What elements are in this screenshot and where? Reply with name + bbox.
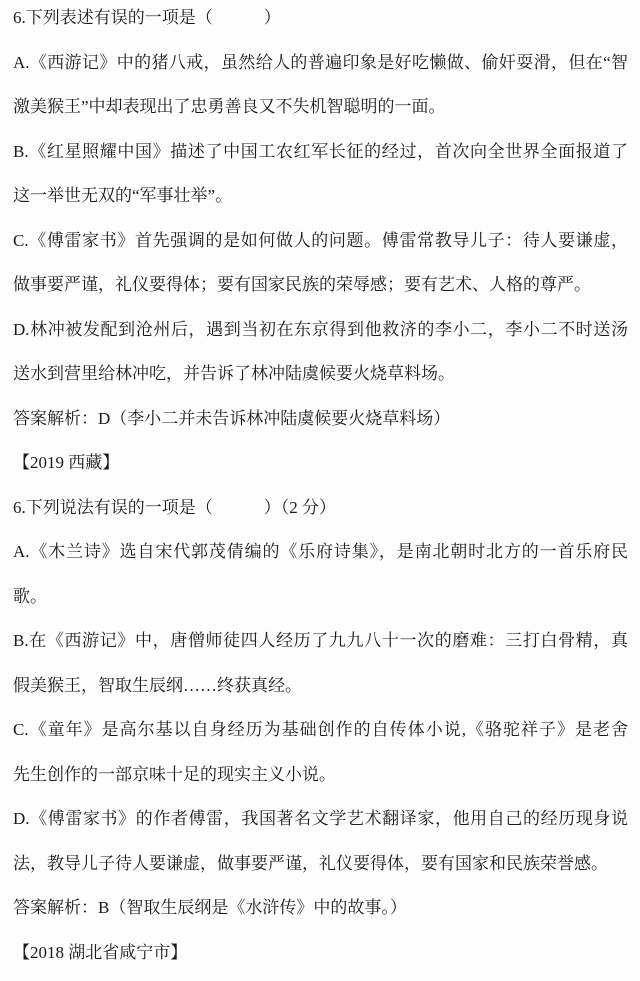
question2-option-c-line1: C.《童年》是高尔基以自身经历为基础创作的自传体小说,《骆驼祥子》是老舍	[13, 708, 628, 753]
question1-stem: 6.下列表述有误的一项是（ ）	[13, 0, 628, 41]
question2-option-c-line2: 先生创作的一部京味十足的现实主义小说。	[13, 753, 628, 798]
exam-page: 6.下列表述有误的一项是（ ） A.《西游记》中的猪八戒，虽然给人的普遍印象是好…	[0, 0, 640, 981]
question1-option-c-line1: C.《傅雷家书》首先强调的是如何做人的问题。傅雷常教导儿子：待人要谦虚，	[13, 219, 628, 264]
question2-option-a-line1: A.《木兰诗》选自宋代郭茂倩编的《乐府诗集》，是南北朝时北方的一首乐府民	[13, 530, 628, 575]
question2-option-a-line2: 歌。	[13, 575, 628, 620]
question2-option-d-line2: 法，教导儿子待人要谦虚，做事要严谨，礼仪要得体，要有国家和民族荣誉感。	[13, 842, 628, 887]
question1-answer: 答案解析：D（李小二并未告诉林冲陆虞候要火烧草料场）	[13, 397, 628, 442]
source-tag-2019-xizang: 【2019 西藏】	[13, 441, 628, 486]
question1-option-a-line1: A.《西游记》中的猪八戒，虽然给人的普遍印象是好吃懒做、偷奸耍滑，但在“智	[13, 41, 628, 86]
question1-option-b-line1: B.《红星照耀中国》描述了中国工农红军长征的经过，首次向全世界全面报道了	[13, 130, 628, 175]
question1-option-a-line2: 激美猴王”中却表现出了忠勇善良又不失机智聪明的一面。	[13, 85, 628, 130]
question2-answer: 答案解析：B（智取生辰纲是《水浒传》中的故事。）	[13, 886, 628, 931]
question2-option-b-line1: B.在《西游记》中，唐僧师徒四人经历了九九八十一次的磨难：三打白骨精，真	[13, 619, 628, 664]
question1-option-b-line2: 这一举世无双的“军事壮举”。	[13, 174, 628, 219]
question1-option-d-line2: 送水到营里给林冲吃，并告诉了林冲陆虞候要火烧草料场。	[13, 352, 628, 397]
question2-stem: 6.下列说法有误的一项是（ ）（2 分）	[13, 486, 628, 531]
question1-option-c-line2: 做事要严谨，礼仪要得体；要有国家民族的荣辱感；要有艺术、人格的尊严。	[13, 263, 628, 308]
question2-option-d-line1: D.《傅雷家书》的作者傅雷，我国著名文学艺术翻译家，他用自己的经历现身说	[13, 797, 628, 842]
question1-option-d-line1: D.林冲被发配到沧州后，遇到当初在东京得到他救济的李小二，李小二不时送汤	[13, 308, 628, 353]
source-tag-2018-xianning: 【2018 湖北省咸宁市】	[13, 931, 628, 976]
question2-option-b-line2: 假美猴王，智取生辰纲……终获真经。	[13, 664, 628, 709]
